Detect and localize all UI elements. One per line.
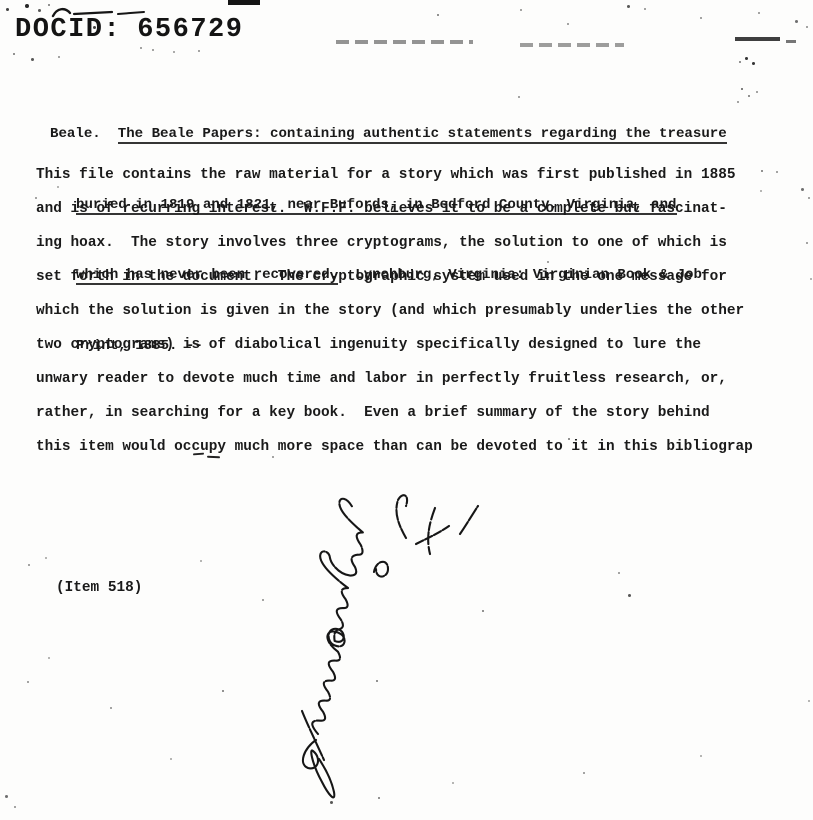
scan-noise-dot [262,599,264,601]
scan-smudge-line [786,40,796,43]
citation-line: Beale.The Beale Papers: containing authe… [50,123,727,147]
scan-noise-dot [808,700,810,702]
scan-noise-dot [31,58,34,61]
scan-noise-dot [583,772,585,774]
body-line: rather, in searching for a key book. Eve… [36,396,753,430]
item-number-note: (Item 518) [56,580,142,596]
document-body: This file contains the raw material for … [36,158,753,464]
scan-noise-dot [13,53,15,55]
scan-noise-dot [547,261,549,263]
scan-noise-dot [795,20,798,23]
body-line: two cryptograms) is of diabolical ingenu… [36,328,753,362]
scan-noise-dot [14,806,16,808]
scan-noise-dot [45,557,47,559]
scan-noise-dot [741,88,743,90]
body-line: and is of recurring interest. W.F.F. bel… [36,192,753,226]
scan-noise-dot [200,560,202,562]
scan-smudge-line [735,37,780,41]
scan-noise-dot [776,171,778,173]
scan-noise-dot [806,26,808,28]
scan-noise-dot [48,4,50,6]
citation-title-part1: The Beale Papers: containing authentic s… [118,126,727,144]
scan-noise-dot [222,690,224,692]
body-line: ing hoax. The story involves three crypt… [36,226,753,260]
body-line: which the solution is given in the story… [36,294,753,328]
scan-noise-dot [25,4,29,8]
scan-noise-dot [700,755,702,757]
scan-noise-dot [748,95,750,97]
scan-noise-dot [28,564,30,566]
scan-noise-dot [758,12,760,14]
scan-noise-dot [140,47,142,49]
scan-noise-dot [152,49,154,51]
scan-noise-dot [6,8,9,11]
scan-noise-dot [330,801,333,804]
scan-noise-dot [806,242,808,244]
scanned-document-page: DOCID:656729 Beale.The Beale Papers: con… [0,0,813,820]
body-line: this item would occupy much more space t… [36,430,753,464]
scan-noise-dot [57,186,59,188]
scan-noise-dot [752,62,755,65]
scan-noise-dot [518,96,520,98]
scan-noise-dot [110,707,112,709]
scan-noise-dot [93,26,96,29]
scan-noise-dot [376,680,378,682]
scan-noise-dot [378,797,380,799]
body-line: set forth in the document. The cryptogra… [36,260,753,294]
scan-noise-dot [756,91,758,93]
body-line: This file contains the raw material for … [36,158,753,192]
scan-noise-dot [35,197,37,199]
scan-noise-dot [198,50,200,52]
scan-noise-dot [5,795,8,798]
docid-number: 656729 [137,15,243,45]
scan-noise-dot [452,782,454,784]
scan-noise-dot [482,610,484,612]
scan-noise-dot [739,61,741,63]
scan-noise-dot [58,56,60,58]
scan-noise-dot [618,572,620,574]
body-line: unwary reader to devote much time and la… [36,362,753,396]
scan-noise-dot [761,170,763,172]
citation-author: Beale. [50,126,101,142]
docid-label: DOCID: [15,15,121,45]
scan-noise-dot [745,57,748,60]
scan-smudge-line [336,40,473,44]
scan-noise-dot [568,438,570,440]
scan-noise-dot [808,197,810,199]
scan-noise-dot [520,9,522,11]
scan-noise-dot [810,278,812,280]
scan-noise-dot [628,594,631,597]
scan-noise-dot [437,14,439,16]
scan-noise-dot [27,681,29,683]
scan-noise-dot [700,17,702,19]
scan-noise-dot [644,8,646,10]
scan-noise-dot [170,758,172,760]
scan-noise-dot [567,23,569,25]
scan-noise-dot [173,51,175,53]
scan-noise-dot [38,9,41,12]
scan-noise-dot [737,101,739,103]
scan-smudge-line [520,43,624,47]
signature-handwriting [278,468,493,818]
docid-header: DOCID:656729 [15,15,243,45]
scan-noise-dot [627,5,630,8]
scan-noise-dot [801,188,804,191]
scan-noise-dot [48,657,50,659]
scan-top-edge-mark [228,0,260,5]
scan-noise-dot [272,456,274,458]
scan-noise-dot [760,190,762,192]
